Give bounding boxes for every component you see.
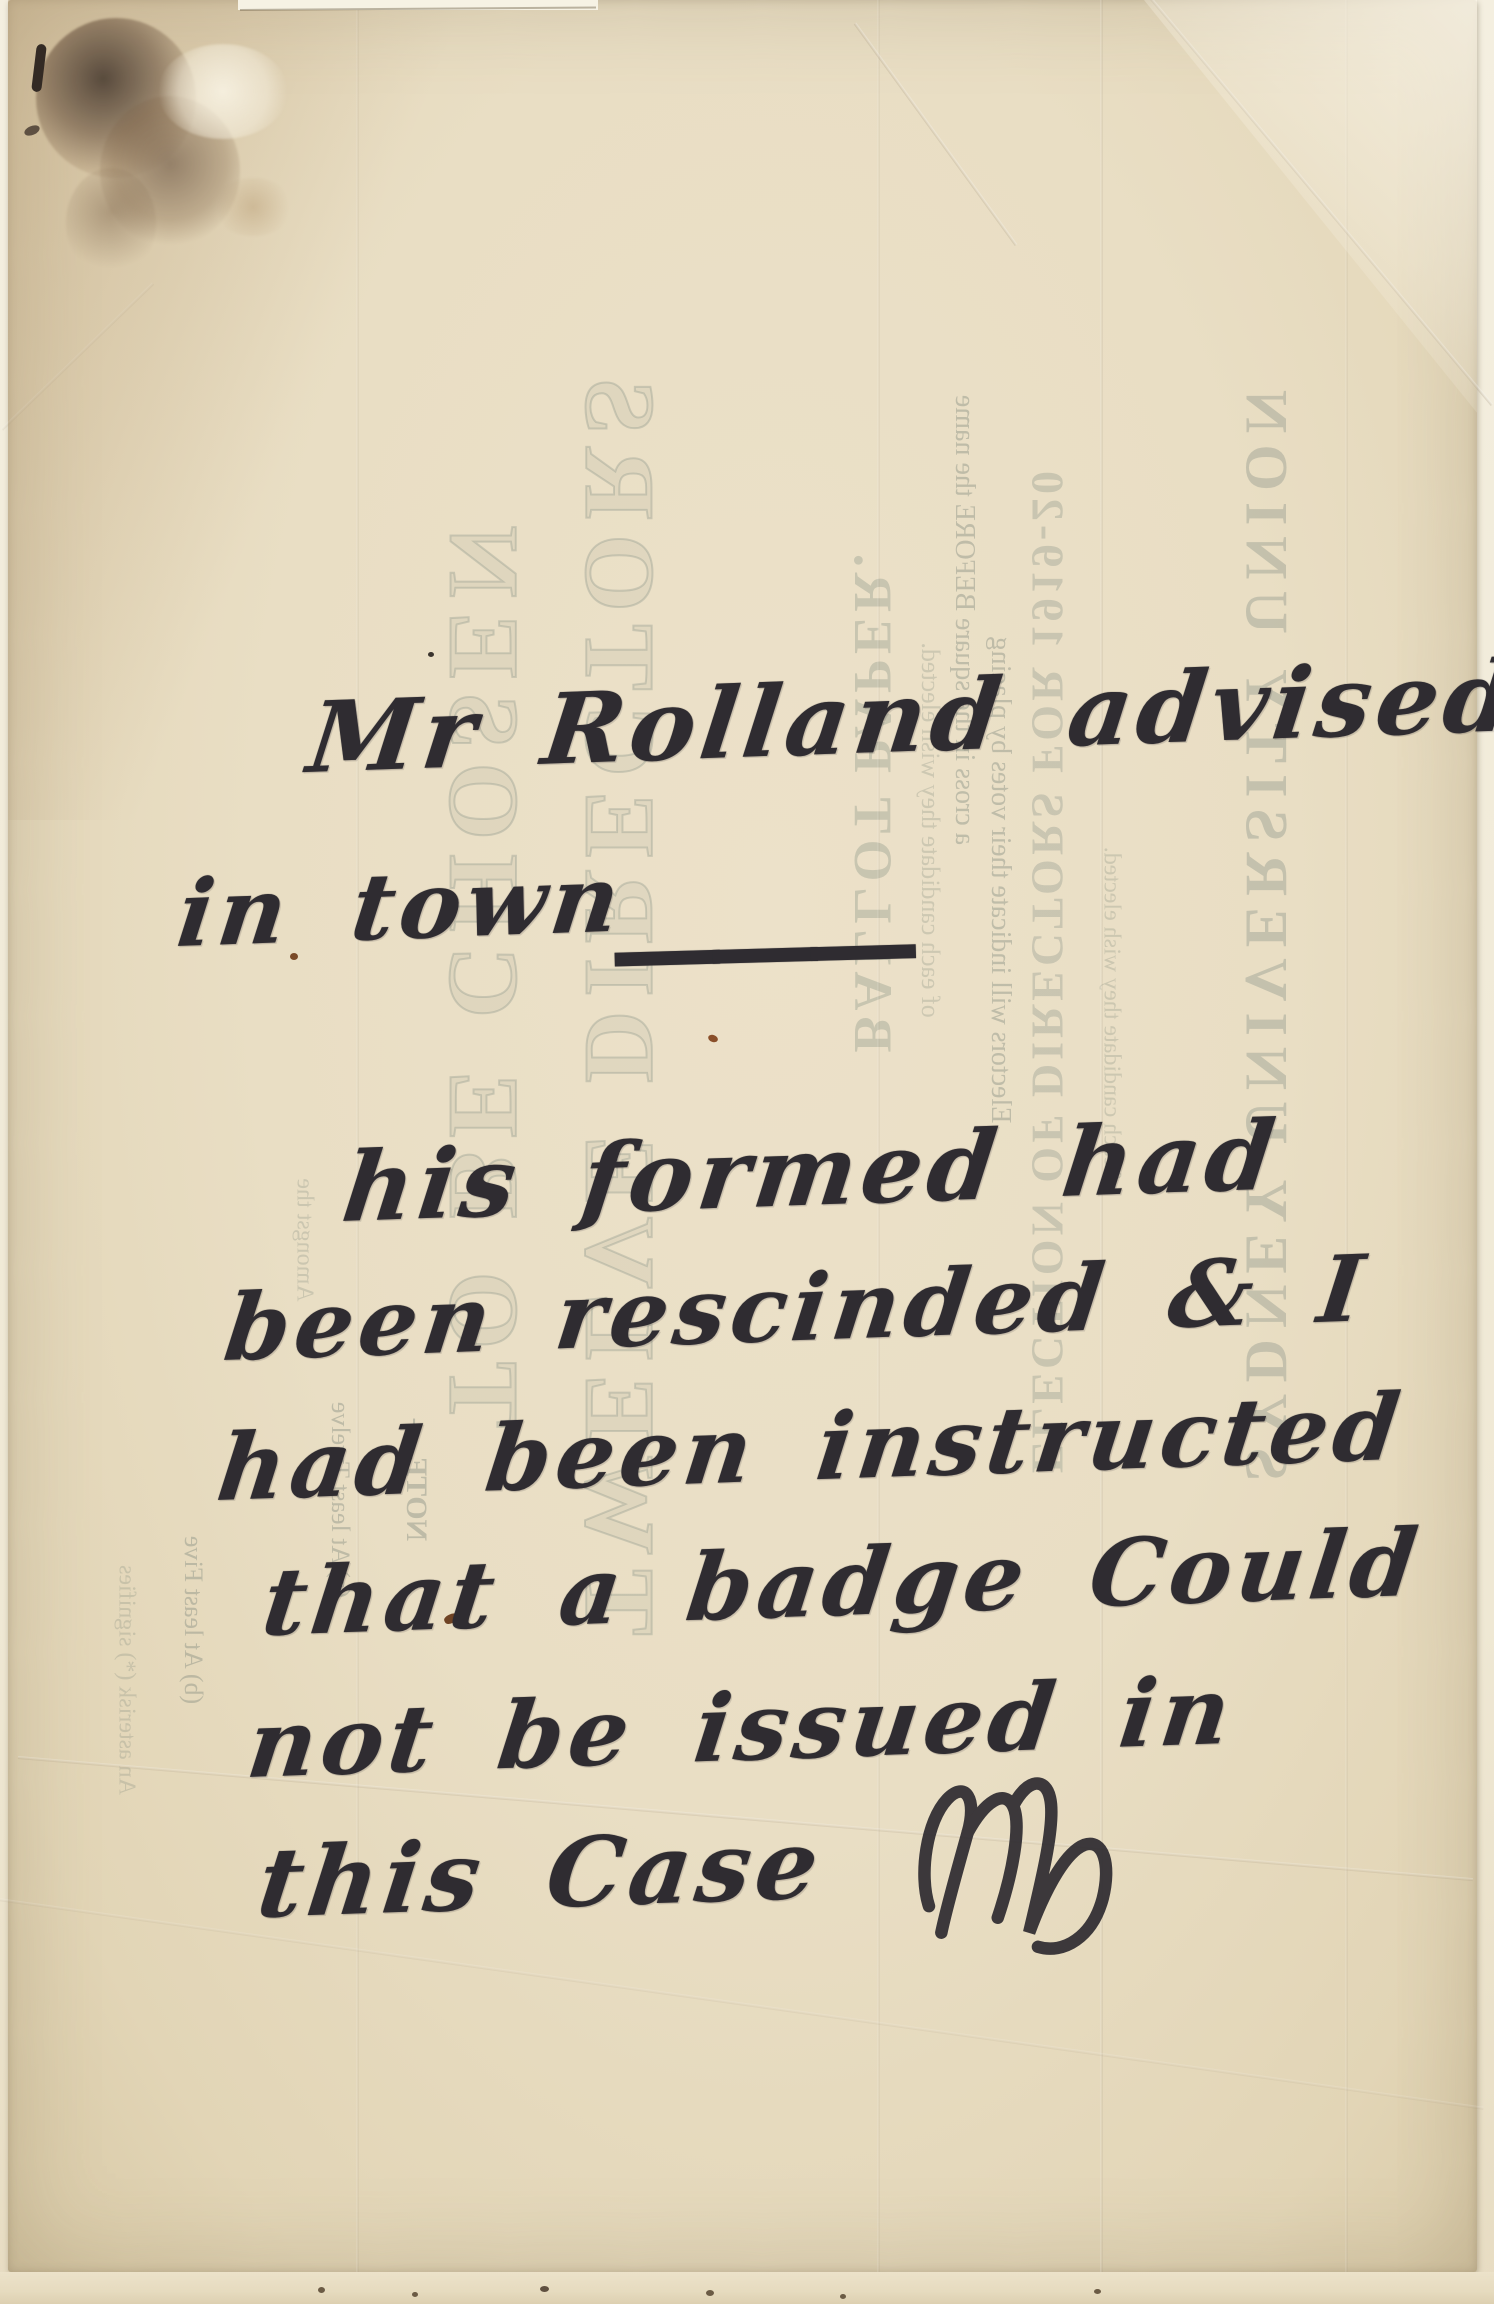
- top-left-crease: [1, 283, 154, 431]
- scanned-document: SYDNEY UNIVERSITY UNION ELECTION OF DIRE…: [0, 0, 1494, 2304]
- abrasion-patch: [158, 44, 288, 139]
- handwritten-line-6: that a badge Could: [258, 1516, 1427, 1649]
- edge-ink-mark: [23, 123, 41, 137]
- signature-monogram: [888, 1757, 1154, 1978]
- handwritten-line-5: had been instructed: [213, 1381, 1409, 1514]
- backing-speck-4: [706, 2290, 714, 2296]
- corner-fold-highlight: [1107, 0, 1477, 430]
- handwritten-line-3: his formed had: [338, 1108, 1284, 1236]
- handwritten-line-8: this Case: [253, 1816, 828, 1932]
- fold-crease-horizontal-2: [0, 1898, 1484, 2110]
- note-paper-sheet: SYDNEY UNIVERSITY UNION ELECTION OF DIRE…: [8, 0, 1477, 2272]
- handwritten-dash-stroke: ———: [607, 912, 903, 979]
- backing-speck-3: [540, 2286, 549, 2292]
- backing-strip-bottom: [0, 2272, 1494, 2304]
- backing-speck-5: [840, 2294, 846, 2299]
- backing-speck-6: [1094, 2289, 1101, 2294]
- fold-crease-vertical-4: [1345, 0, 1348, 2272]
- ink-dot-1: [428, 652, 434, 657]
- ghost-note-b: (b) At least Five: [178, 1536, 208, 1704]
- corner-crease-large: [1149, 0, 1493, 406]
- ghost-note-asterisk: An asterisk (*) signifies: [113, 1565, 140, 1795]
- ink-stain-tail: [66, 168, 156, 278]
- backing-speck-1: [318, 2287, 325, 2293]
- ghost-instruction-line-2: a cross in the square BEFORE the name: [948, 395, 980, 845]
- handwritten-line-2: in town: [173, 853, 629, 960]
- top-edge-tear-line: [240, 7, 596, 11]
- brown-smudge: [213, 178, 293, 236]
- rust-speck-2: [707, 1034, 719, 1044]
- backing-speck-2: [412, 2292, 418, 2297]
- handwritten-line-4: been rescinded & I: [220, 1242, 1373, 1374]
